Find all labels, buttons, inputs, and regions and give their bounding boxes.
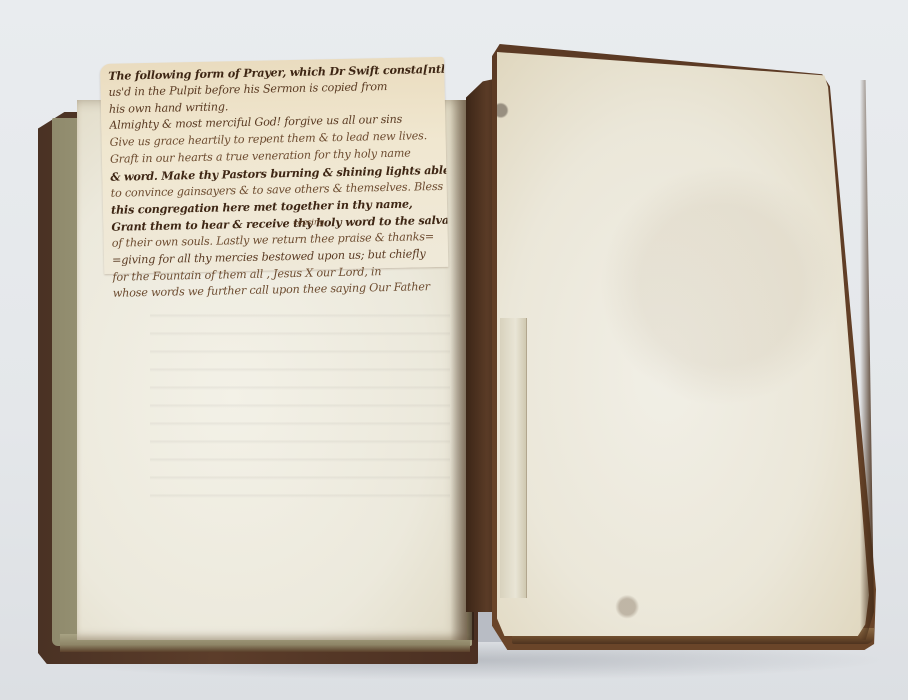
right-endpaper (497, 52, 869, 636)
interlinear-insertion: ceasing (293, 217, 324, 227)
right-cover-edge (860, 80, 874, 640)
pasted-handwritten-note: The following form of Prayer, which Dr S… (100, 57, 448, 274)
show-through-print (150, 300, 450, 500)
torn-gutter-strip (500, 318, 527, 598)
handwritten-prayer-text: The following form of Prayer, which Dr S… (108, 61, 449, 303)
